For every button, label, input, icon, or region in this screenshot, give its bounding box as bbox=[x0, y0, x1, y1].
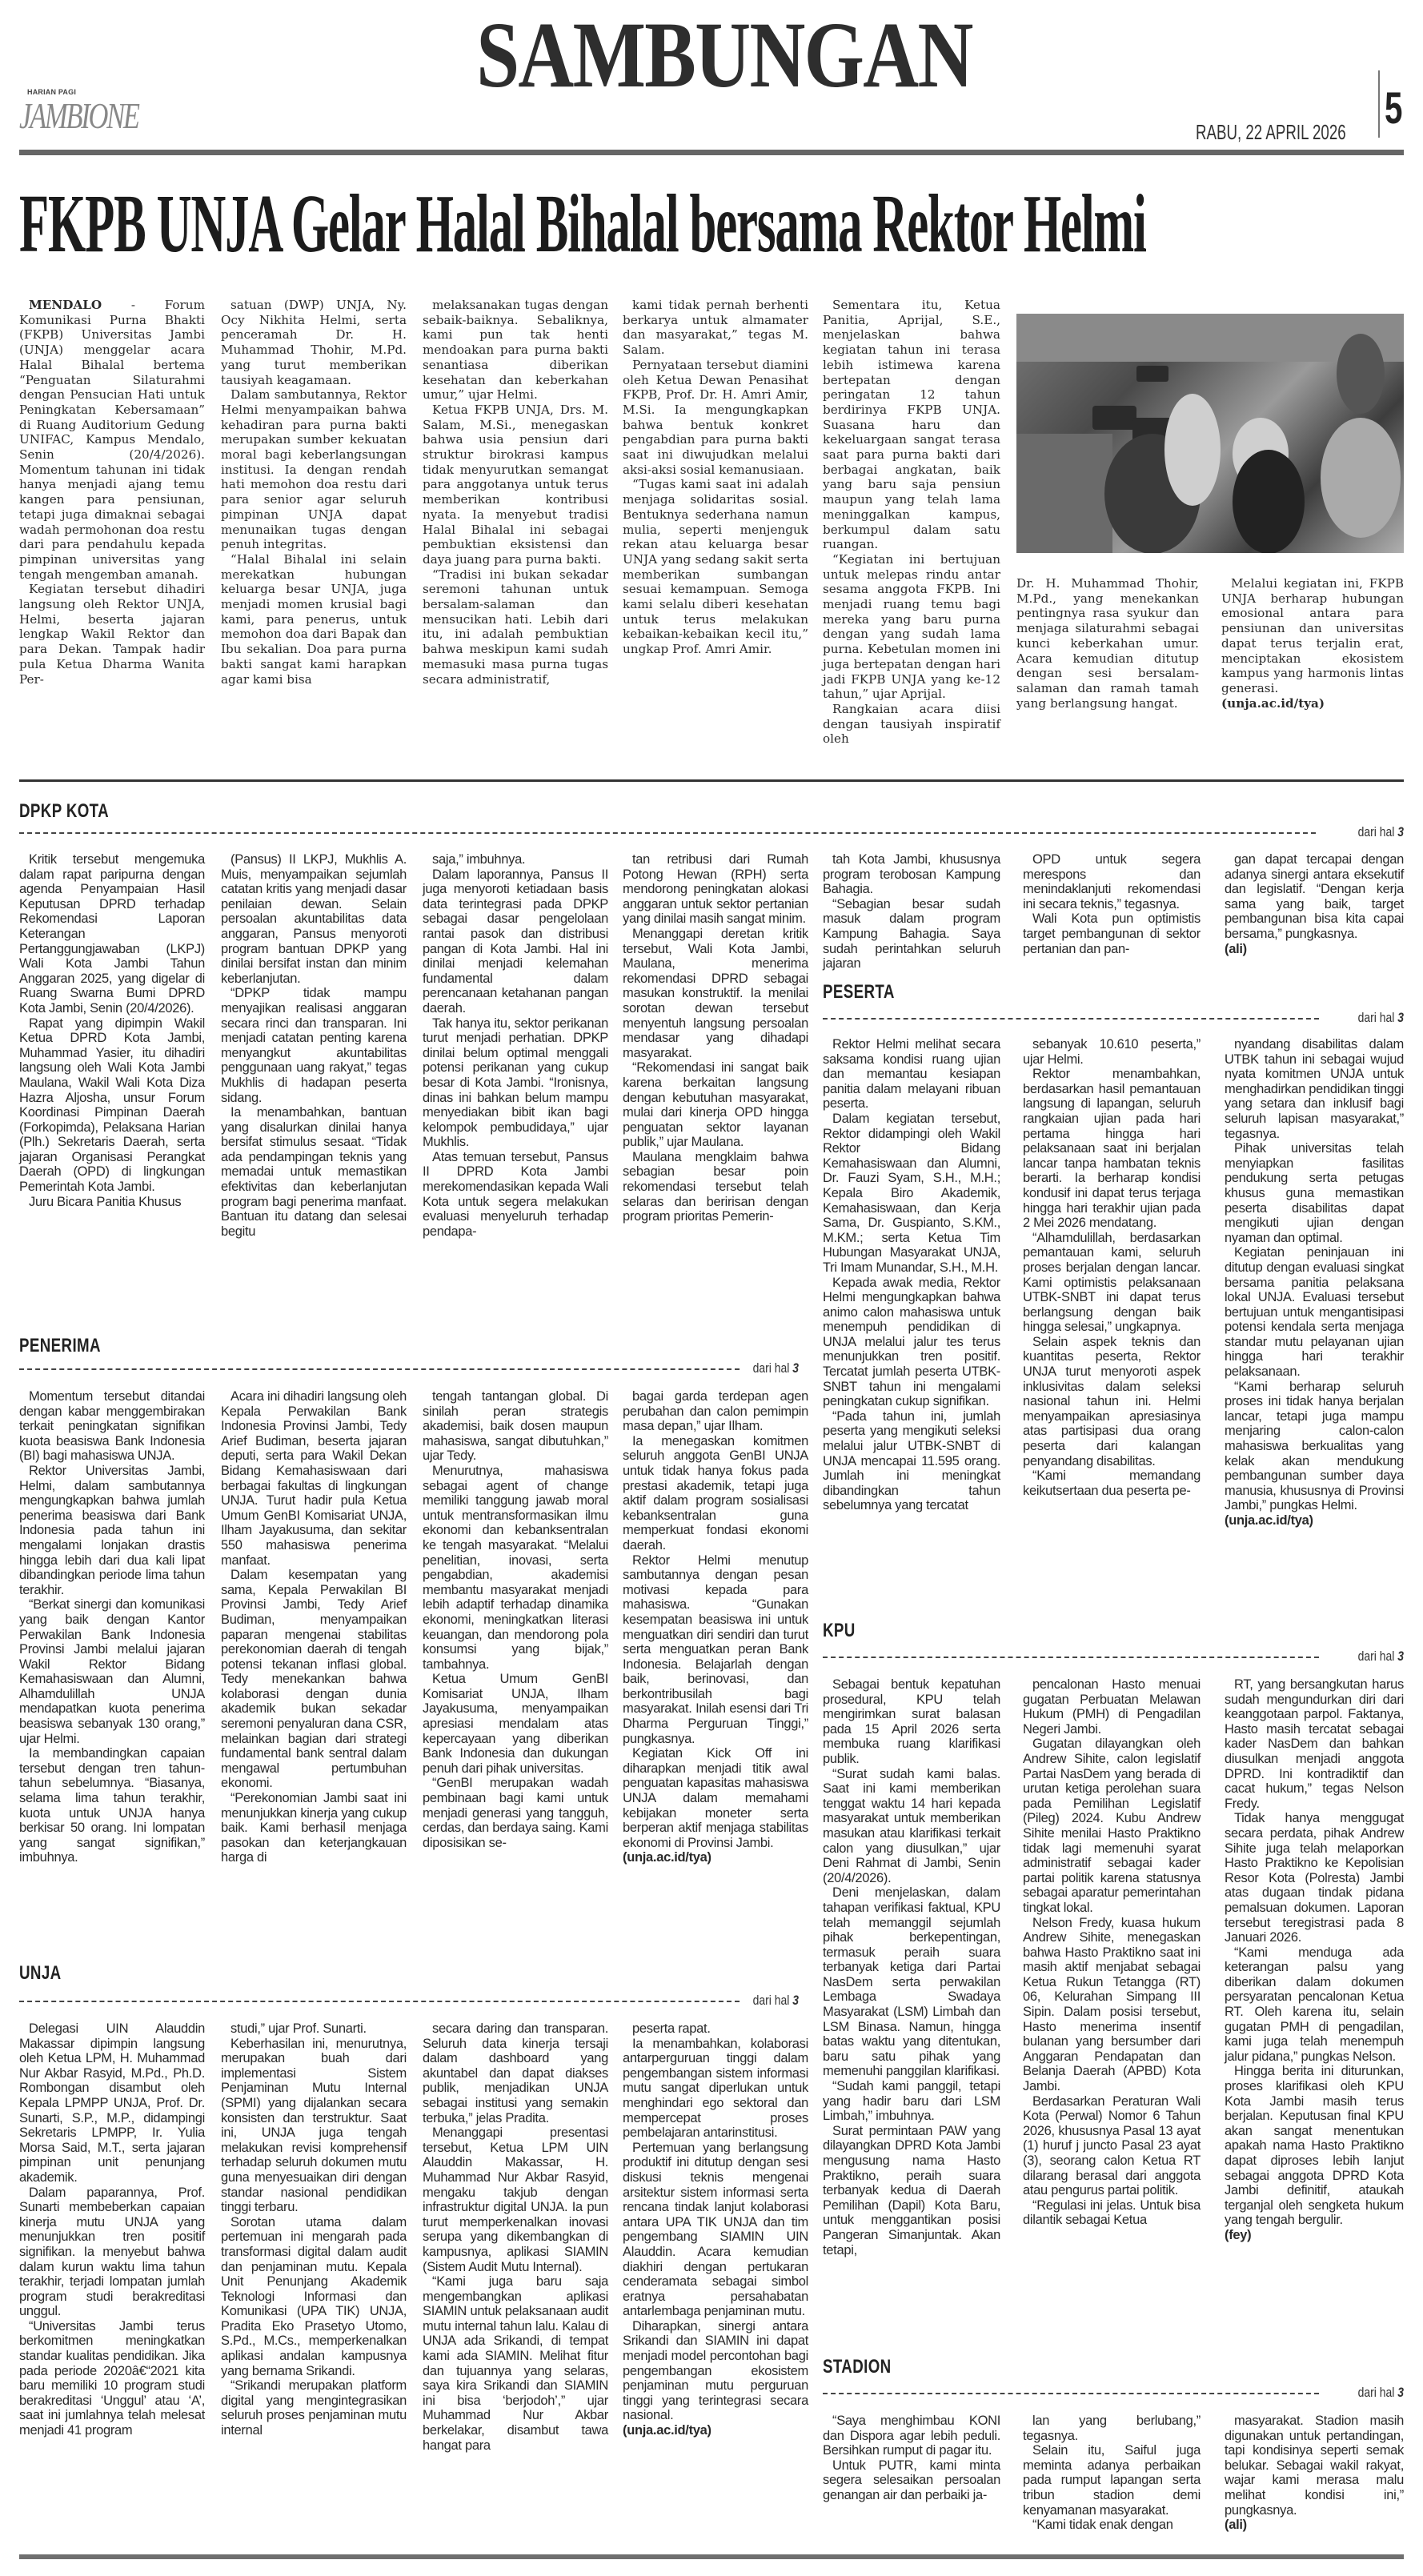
paragraph: Dalam kegiatan tersebut, Rektor didampin… bbox=[823, 1112, 1000, 1276]
unja-column-3: secara daring dan transparan. Seluruh da… bbox=[423, 2021, 608, 2550]
paragraph: “Pada tahun ini, jumlah peserta yang men… bbox=[823, 1409, 1000, 1513]
kicker-stadion: STADION bbox=[823, 2356, 892, 2378]
dpkp-column-6: OPD untuk segera merespons dan menindakl… bbox=[1023, 852, 1201, 964]
paragraph: Menanggapi presentasi tersebut, Ketua LP… bbox=[423, 2125, 608, 2274]
kicker-penerima: PENERIMA bbox=[19, 1335, 101, 1357]
kicker-dpkp-kota: DPKP KOTA bbox=[19, 800, 109, 823]
issue-date: RABU, 22 APRIL 2026 bbox=[1196, 120, 1346, 145]
page-bottom-rule bbox=[19, 2554, 1404, 2559]
main-article-column-5: Sementara itu, Ketua Panitia, Aprijal, S… bbox=[823, 298, 1000, 762]
paragraph: Dalam sambutannya, Rektor Helmi menyampa… bbox=[221, 387, 407, 552]
paragraph: Juru Bicara Panitia Khusus bbox=[19, 1195, 205, 1210]
paragraph: Selain itu, Saiful juga meminta adanya p… bbox=[1023, 2443, 1201, 2518]
dashed-rule bbox=[19, 1360, 740, 1376]
paragraph: Diharapkan, sinergi antara Srikandi dan … bbox=[623, 2319, 808, 2423]
article-credit: (ali) bbox=[1225, 942, 1247, 956]
paragraph: Delegasi UIN Alauddin Makassar dipimpin … bbox=[19, 2021, 205, 2185]
paragraph-text: - Forum Komunikasi Purna Bhakti (FKPB) U… bbox=[19, 298, 205, 582]
logo-name: JAMBIONE bbox=[19, 94, 138, 137]
continued-from[interactable]: dari hal 3 bbox=[1358, 2385, 1404, 2401]
paragraph: Sementara itu, Ketua Panitia, Aprijal, S… bbox=[823, 298, 1000, 552]
paragraph: “Tugas kami saat ini adalah menjaga soli… bbox=[623, 477, 808, 656]
masthead-rule bbox=[19, 150, 1404, 155]
paragraph: Rektor Universitas Jambi, Helmi, dalam s… bbox=[19, 1464, 205, 1597]
penerima-column-4: bagai garda terdepan agen perubahan dan … bbox=[623, 1389, 808, 1909]
paragraph: Nelson Fredy, kuasa hukum Andrew Sihite,… bbox=[1023, 1916, 1201, 2094]
newspaper-logo[interactable]: HARIAN PAGI JAMBIONE bbox=[19, 88, 227, 144]
paragraph: “Kami tidak enak dengan bbox=[1023, 2518, 1201, 2533]
paragraph: Atas temuan tersebut, Pansus II DPRD Kot… bbox=[423, 1150, 608, 1240]
paragraph: masyarakat. Stadion masih digunakan untu… bbox=[1225, 2414, 1404, 2518]
paragraph: Ia menegaskan komitmen seluruh anggota G… bbox=[623, 1434, 808, 1553]
paragraph: gan dapat tercapai dengan adanya sinergi… bbox=[1225, 852, 1404, 942]
unja-column-2: studi,” ujar Prof. Sunarti.Keberhasilan … bbox=[221, 2021, 407, 2550]
paragraph: Dalam kesempatan yang sama, Kepala Perwa… bbox=[221, 1568, 407, 1791]
paragraph: satuan (DWP) UNJA, Ny. Ocy Nikhita Helmi… bbox=[221, 298, 407, 387]
paragraph: “Kami berharap seluruh proses ini tidak … bbox=[1225, 1380, 1404, 1513]
paragraph: “Saya menghimbau KONI dan Dispora agar l… bbox=[823, 2414, 1000, 2458]
dpkp-column-3: saja,” imbuhnya.Dalam laporannya, Pansus… bbox=[423, 852, 608, 1172]
paragraph: Ketua Umum GenBI Komisariat UNJA, Ilham … bbox=[423, 1672, 608, 1776]
paragraph: studi,” ujar Prof. Sunarti. bbox=[221, 2021, 407, 2037]
paragraph: Kepada awak media, Rektor Helmi mengungk… bbox=[823, 1276, 1000, 1409]
paragraph: Acara ini dihadiri langsung oleh Kepala … bbox=[221, 1389, 407, 1568]
paragraph: “Perekonomian Jambi saat ini menunjukkan… bbox=[221, 1791, 407, 1865]
paragraph: OPD untuk segera merespons dan menindakl… bbox=[1023, 852, 1201, 911]
paragraph: Ketua FKPB UNJA, Drs. M. Salam, M.Si., m… bbox=[423, 403, 608, 567]
paragraph: lan yang berlubang,” tegasnya. bbox=[1023, 2414, 1201, 2443]
article-photo[interactable] bbox=[1016, 314, 1404, 553]
paragraph: secara daring dan transparan. Seluruh da… bbox=[423, 2021, 608, 2125]
paragraph: “Sebagian besar sudah masuk dalam progra… bbox=[823, 897, 1000, 972]
stadion-column-1: “Saya menghimbau KONI dan Dispora agar l… bbox=[823, 2414, 1000, 2526]
stadion-column-3: masyarakat. Stadion masih digunakan untu… bbox=[1225, 2414, 1404, 2526]
paragraph: “Berkat sinergi dan komunikasi yang baik… bbox=[19, 1597, 205, 1746]
paragraph: tah Kota Jambi, khususnya program terobo… bbox=[823, 852, 1000, 897]
paragraph: Dalam paparannya, Prof. Sunarti membeber… bbox=[19, 2185, 205, 2319]
article-credit: (ali) bbox=[1225, 2518, 1247, 2532]
dashed-rule bbox=[823, 1649, 1319, 1665]
paragraph: Dr. H. Muhammad Thohir, M.Pd., yang mene… bbox=[1016, 576, 1199, 711]
paragraph: “DPKP tidak mampu menyajikan realisasi a… bbox=[221, 986, 407, 1105]
article-divider bbox=[19, 779, 1404, 782]
masthead: HARIAN PAGI JAMBIONE SAMBUNGAN RABU, 22 … bbox=[0, 0, 1423, 160]
paragraph-group: gan dapat tercapai dengan adanya sinergi… bbox=[1225, 852, 1404, 942]
section-title: SAMBUNGAN bbox=[446, 8, 1004, 102]
paragraph: saja,” imbuhnya. bbox=[423, 852, 608, 867]
photo-figure bbox=[1233, 450, 1305, 553]
kpu-column-2: pencalonan Hasto menuai gugatan Perbuata… bbox=[1023, 1677, 1201, 2253]
dashed-rule bbox=[19, 1993, 740, 2009]
paragraph: “Kegiatan ini bertujuan untuk melepas ri… bbox=[823, 552, 1000, 702]
paragraph: tengah tantangan global. Di sinilah pera… bbox=[423, 1389, 608, 1464]
paragraph: Hingga berita ini diturunkan, proses kla… bbox=[1225, 2064, 1404, 2228]
continued-from[interactable]: dari hal 3 bbox=[1358, 1649, 1404, 1665]
paragraph: Kegiatan peninjauan ini ditutup dengan e… bbox=[1225, 1245, 1404, 1379]
paragraph: “Universitas Jambi terus berkomitmen men… bbox=[19, 2319, 205, 2438]
photo-figure bbox=[1136, 366, 1168, 382]
paragraph-group: bagai garda terdepan agen perubahan dan … bbox=[623, 1389, 808, 1850]
paragraph: nyandang disabilitas dalam UTBK tahun in… bbox=[1225, 1037, 1404, 1141]
paragraph: “GenBI merupakan wadah pembinaan bagi ka… bbox=[423, 1776, 608, 1850]
paragraph: Ia membandingkan capaian tersebut dengan… bbox=[19, 1746, 205, 1865]
kpu-column-3: RT, yang bersangkutan harus sudah mengun… bbox=[1225, 1677, 1404, 2253]
paragraph: (Pansus) II LKPJ, Mukhlis A. Muis, menya… bbox=[221, 852, 407, 986]
photo-figure bbox=[1321, 418, 1401, 538]
paragraph: Sorotan utama dalam pertemuan ini mengar… bbox=[221, 2215, 407, 2379]
paragraph: “Alhamdulillah, berdasarkan pemantauan k… bbox=[1023, 1231, 1201, 1335]
main-article-column-6: Dr. H. Muhammad Thohir, M.Pd., yang mene… bbox=[1016, 576, 1199, 736]
peserta-column-2: sebanyak 10.610 peserta,” ujar Helmi.Rek… bbox=[1023, 1037, 1201, 1437]
article-credit: (unja.ac.id/tya) bbox=[1225, 1513, 1313, 1528]
photo-figure bbox=[1164, 394, 1221, 506]
paragraph: Ia menambahkan, bantuan yang disalurkan … bbox=[221, 1105, 407, 1239]
paragraph: “Regulasi ini jelas. Untuk bisa dilantik… bbox=[1023, 2198, 1201, 2228]
kicker-unja: UNJA bbox=[19, 1962, 62, 1985]
paragraph: Ia menambahkan, kolaborasi antarpergurua… bbox=[623, 2037, 808, 2141]
penerima-column-3: tengah tantangan global. Di sinilah pera… bbox=[423, 1389, 608, 1909]
paragraph: Menurutnya, mahasiswa sebagai agent of c… bbox=[423, 1464, 608, 1672]
kicker-kpu: KPU bbox=[823, 1620, 856, 1642]
paragraph: Menanggapi deretan kritik tersebut, Wali… bbox=[623, 927, 808, 1060]
paragraph: tan retribusi dari Rumah Potong Hewan (R… bbox=[623, 852, 808, 927]
paragraph: Wali Kota pun optimistis target pembangu… bbox=[1023, 911, 1201, 956]
main-article-column-4: kami tidak pernah berhenti berkarya untu… bbox=[623, 298, 808, 762]
paragraph: “Sudah kami panggil, tetapi yang hadir b… bbox=[823, 2079, 1000, 2124]
paragraph: Dalam laporannya, Pansus II juga menyoro… bbox=[423, 867, 608, 1016]
kpu-column-1: Sebagai bentuk kepatuhan prosedural, KPU… bbox=[823, 1677, 1000, 2253]
paragraph: pencalonan Hasto menuai gugatan Perbuata… bbox=[1023, 1677, 1201, 1737]
dpkp-column-1: Kritik tersebut mengemuka dalam rapat pa… bbox=[19, 852, 205, 1172]
stadion-column-2: lan yang berlubang,” tegasnya.Selain itu… bbox=[1023, 2414, 1201, 2526]
penerima-column-1: Momentum tersebut ditandai dengan kabar … bbox=[19, 1389, 205, 1909]
continued-from[interactable]: dari hal 3 bbox=[753, 1360, 799, 1376]
paragraph: melaksanakan tugas dengan sebaik-baiknya… bbox=[423, 298, 608, 403]
paragraph: “Kami juga baru saja mengembangkan aplik… bbox=[423, 2274, 608, 2453]
paragraph: “Tradisi ini bukan sekadar seremoni tahu… bbox=[423, 567, 608, 687]
article-credit: (unja.ac.id/tya) bbox=[1221, 696, 1325, 711]
paragraph: Sebagai bentuk kepatuhan prosedural, KPU… bbox=[823, 1677, 1000, 1767]
paragraph: Tak hanya itu, sektor perikanan turut me… bbox=[423, 1016, 608, 1150]
page-number-divider bbox=[1378, 70, 1380, 138]
page-number: 5 bbox=[1385, 82, 1402, 134]
main-article-column-2: satuan (DWP) UNJA, Ny. Ocy Nikhita Helmi… bbox=[221, 298, 407, 762]
dpkp-column-2: (Pansus) II LKPJ, Mukhlis A. Muis, menya… bbox=[221, 852, 407, 1172]
paragraph-group: peserta rapat.Ia menambahkan, kolaborasi… bbox=[623, 2021, 808, 2423]
paragraph: MENDALO - Forum Komunikasi Purna Bhakti … bbox=[19, 298, 205, 582]
paragraph: Kritik tersebut mengemuka dalam rapat pa… bbox=[19, 852, 205, 1016]
paragraph: Untuk PUTR, kami minta segera selesaikan… bbox=[823, 2458, 1000, 2503]
paragraph: Melalui kegiatan ini, FKPB UNJA berharap… bbox=[1221, 576, 1404, 711]
dashed-rule bbox=[823, 1010, 1319, 1026]
unja-column-1: Delegasi UIN Alauddin Makassar dipimpin … bbox=[19, 2021, 205, 2550]
main-article-column-1: MENDALO - Forum Komunikasi Purna Bhakti … bbox=[19, 298, 205, 762]
paragraph: Pihak universitas telah menyiapkan fasil… bbox=[1225, 1141, 1404, 1245]
dashed-rule bbox=[823, 2385, 1319, 2401]
paragraph: Rangkaian acara diisi dengan tausiyah in… bbox=[823, 702, 1000, 747]
paragraph: RT, yang bersangkutan harus sudah mengun… bbox=[1225, 1677, 1404, 1811]
paragraph: “Surat sudah kami balas. Saat ini kami m… bbox=[823, 1767, 1000, 1886]
kicker-peserta: PESERTA bbox=[823, 981, 895, 1004]
paragraph: Gugatan dilayangkan oleh Andrew Sihite, … bbox=[1023, 1737, 1201, 1915]
paragraph: Rektor menambahkan, berdasarkan hasil pe… bbox=[1023, 1067, 1201, 1231]
article-credit: (unja.ac.id/tya) bbox=[623, 2423, 711, 2438]
dpkp-column-5: tah Kota Jambi, khususnya program terobo… bbox=[823, 852, 1000, 964]
penerima-column-2: Acara ini dihadiri langsung oleh Kepala … bbox=[221, 1389, 407, 1909]
paragraph: “Kami menduga ada keterangan palsu yang … bbox=[1225, 1945, 1404, 2065]
dateline: MENDALO bbox=[29, 298, 102, 312]
paragraph: sebanyak 10.610 peserta,” ujar Helmi. bbox=[1023, 1037, 1201, 1067]
paragraph-group: masyarakat. Stadion masih digunakan untu… bbox=[1225, 2414, 1404, 2518]
paragraph: Pernyataan tersebut diamini oleh Ketua D… bbox=[623, 358, 808, 478]
photo-seats bbox=[1016, 434, 1112, 553]
photo-figure bbox=[1337, 334, 1385, 414]
paragraph: Surat permintaan PAW yang dilayangkan DP… bbox=[823, 2124, 1000, 2258]
dpkp-column-4: tan retribusi dari Rumah Potong Hewan (R… bbox=[623, 852, 808, 1172]
photo-figure bbox=[1092, 406, 1136, 430]
paragraph: “Halal Bihalal ini selain merekatkan hub… bbox=[221, 552, 407, 687]
continued-from[interactable]: dari hal 3 bbox=[1358, 1010, 1404, 1026]
paragraph-group: RT, yang bersangkutan harus sudah mengun… bbox=[1225, 1677, 1404, 2228]
paragraph: Maulana mengklaim bahwa sebagian besar p… bbox=[623, 1150, 808, 1224]
paragraph: Rapat yang dipimpin Wakil Ketua DPRD Kot… bbox=[19, 1016, 205, 1195]
paragraph-group: nyandang disabilitas dalam UTBK tahun in… bbox=[1225, 1037, 1404, 1513]
main-article-column-7: Melalui kegiatan ini, FKPB UNJA berharap… bbox=[1221, 576, 1404, 736]
peserta-column-1: Rektor Helmi melihat secara saksama kond… bbox=[823, 1037, 1000, 1437]
paragraph: Keberhasilan ini, menurutnya, merupakan … bbox=[221, 2037, 407, 2215]
paragraph: Kegiatan Kick Off ini diharapkan menjadi… bbox=[623, 1746, 808, 1850]
paragraph: “Rekomendasi ini sangat baik karena berk… bbox=[623, 1060, 808, 1150]
paragraph: “Srikandi merupakan platform digital yan… bbox=[221, 2378, 407, 2438]
paragraph: kami tidak pernah berhenti berkarya untu… bbox=[623, 298, 808, 358]
peserta-column-3: nyandang disabilitas dalam UTBK tahun in… bbox=[1225, 1037, 1404, 1437]
paragraph: Selain aspek teknis dan kuantitas pesert… bbox=[1023, 1335, 1201, 1468]
paragraph: Momentum tersebut ditandai dengan kabar … bbox=[19, 1389, 205, 1464]
paragraph: “Kami memandang keikutsertaan dua pesert… bbox=[1023, 1468, 1201, 1498]
paragraph: peserta rapat. bbox=[623, 2021, 808, 2037]
paragraph-text: Melalui kegiatan ini, FKPB UNJA berharap… bbox=[1221, 576, 1404, 695]
main-headline: FKPB UNJA Gelar Halal Bihalal bersama Re… bbox=[19, 182, 829, 270]
paragraph: Kegiatan tersebut dihadiri langsung oleh… bbox=[19, 582, 205, 687]
article-credit: (fey) bbox=[1225, 2228, 1251, 2242]
continued-from[interactable]: dari hal 3 bbox=[1358, 824, 1404, 840]
paragraph: Deni menjelaskan, dalam tahapan verifika… bbox=[823, 1885, 1000, 2079]
dashed-rule bbox=[19, 824, 1316, 840]
article-credit: (unja.ac.id/tya) bbox=[623, 1850, 711, 1865]
unja-column-4: peserta rapat.Ia menambahkan, kolaborasi… bbox=[623, 2021, 808, 2550]
dpkp-column-7: gan dapat tercapai dengan adanya sinergi… bbox=[1225, 852, 1404, 964]
continued-from[interactable]: dari hal 3 bbox=[753, 1993, 799, 2009]
paragraph: Pertemuan yang berlangsung produktif ini… bbox=[623, 2141, 808, 2319]
paragraph: Tidak hanya menggugat secara perdata, pi… bbox=[1225, 1811, 1404, 1945]
paragraph: Berdasarkan Peraturan Wali Kota (Perwal)… bbox=[1023, 2094, 1201, 2198]
paragraph: bagai garda terdepan agen perubahan dan … bbox=[623, 1389, 808, 1434]
paragraph: Rektor Helmi menutup sambutannya dengan … bbox=[623, 1553, 808, 1747]
main-article-column-3: melaksanakan tugas dengan sebaik-baiknya… bbox=[423, 298, 608, 762]
paragraph: Rektor Helmi melihat secara saksama kond… bbox=[823, 1037, 1000, 1112]
